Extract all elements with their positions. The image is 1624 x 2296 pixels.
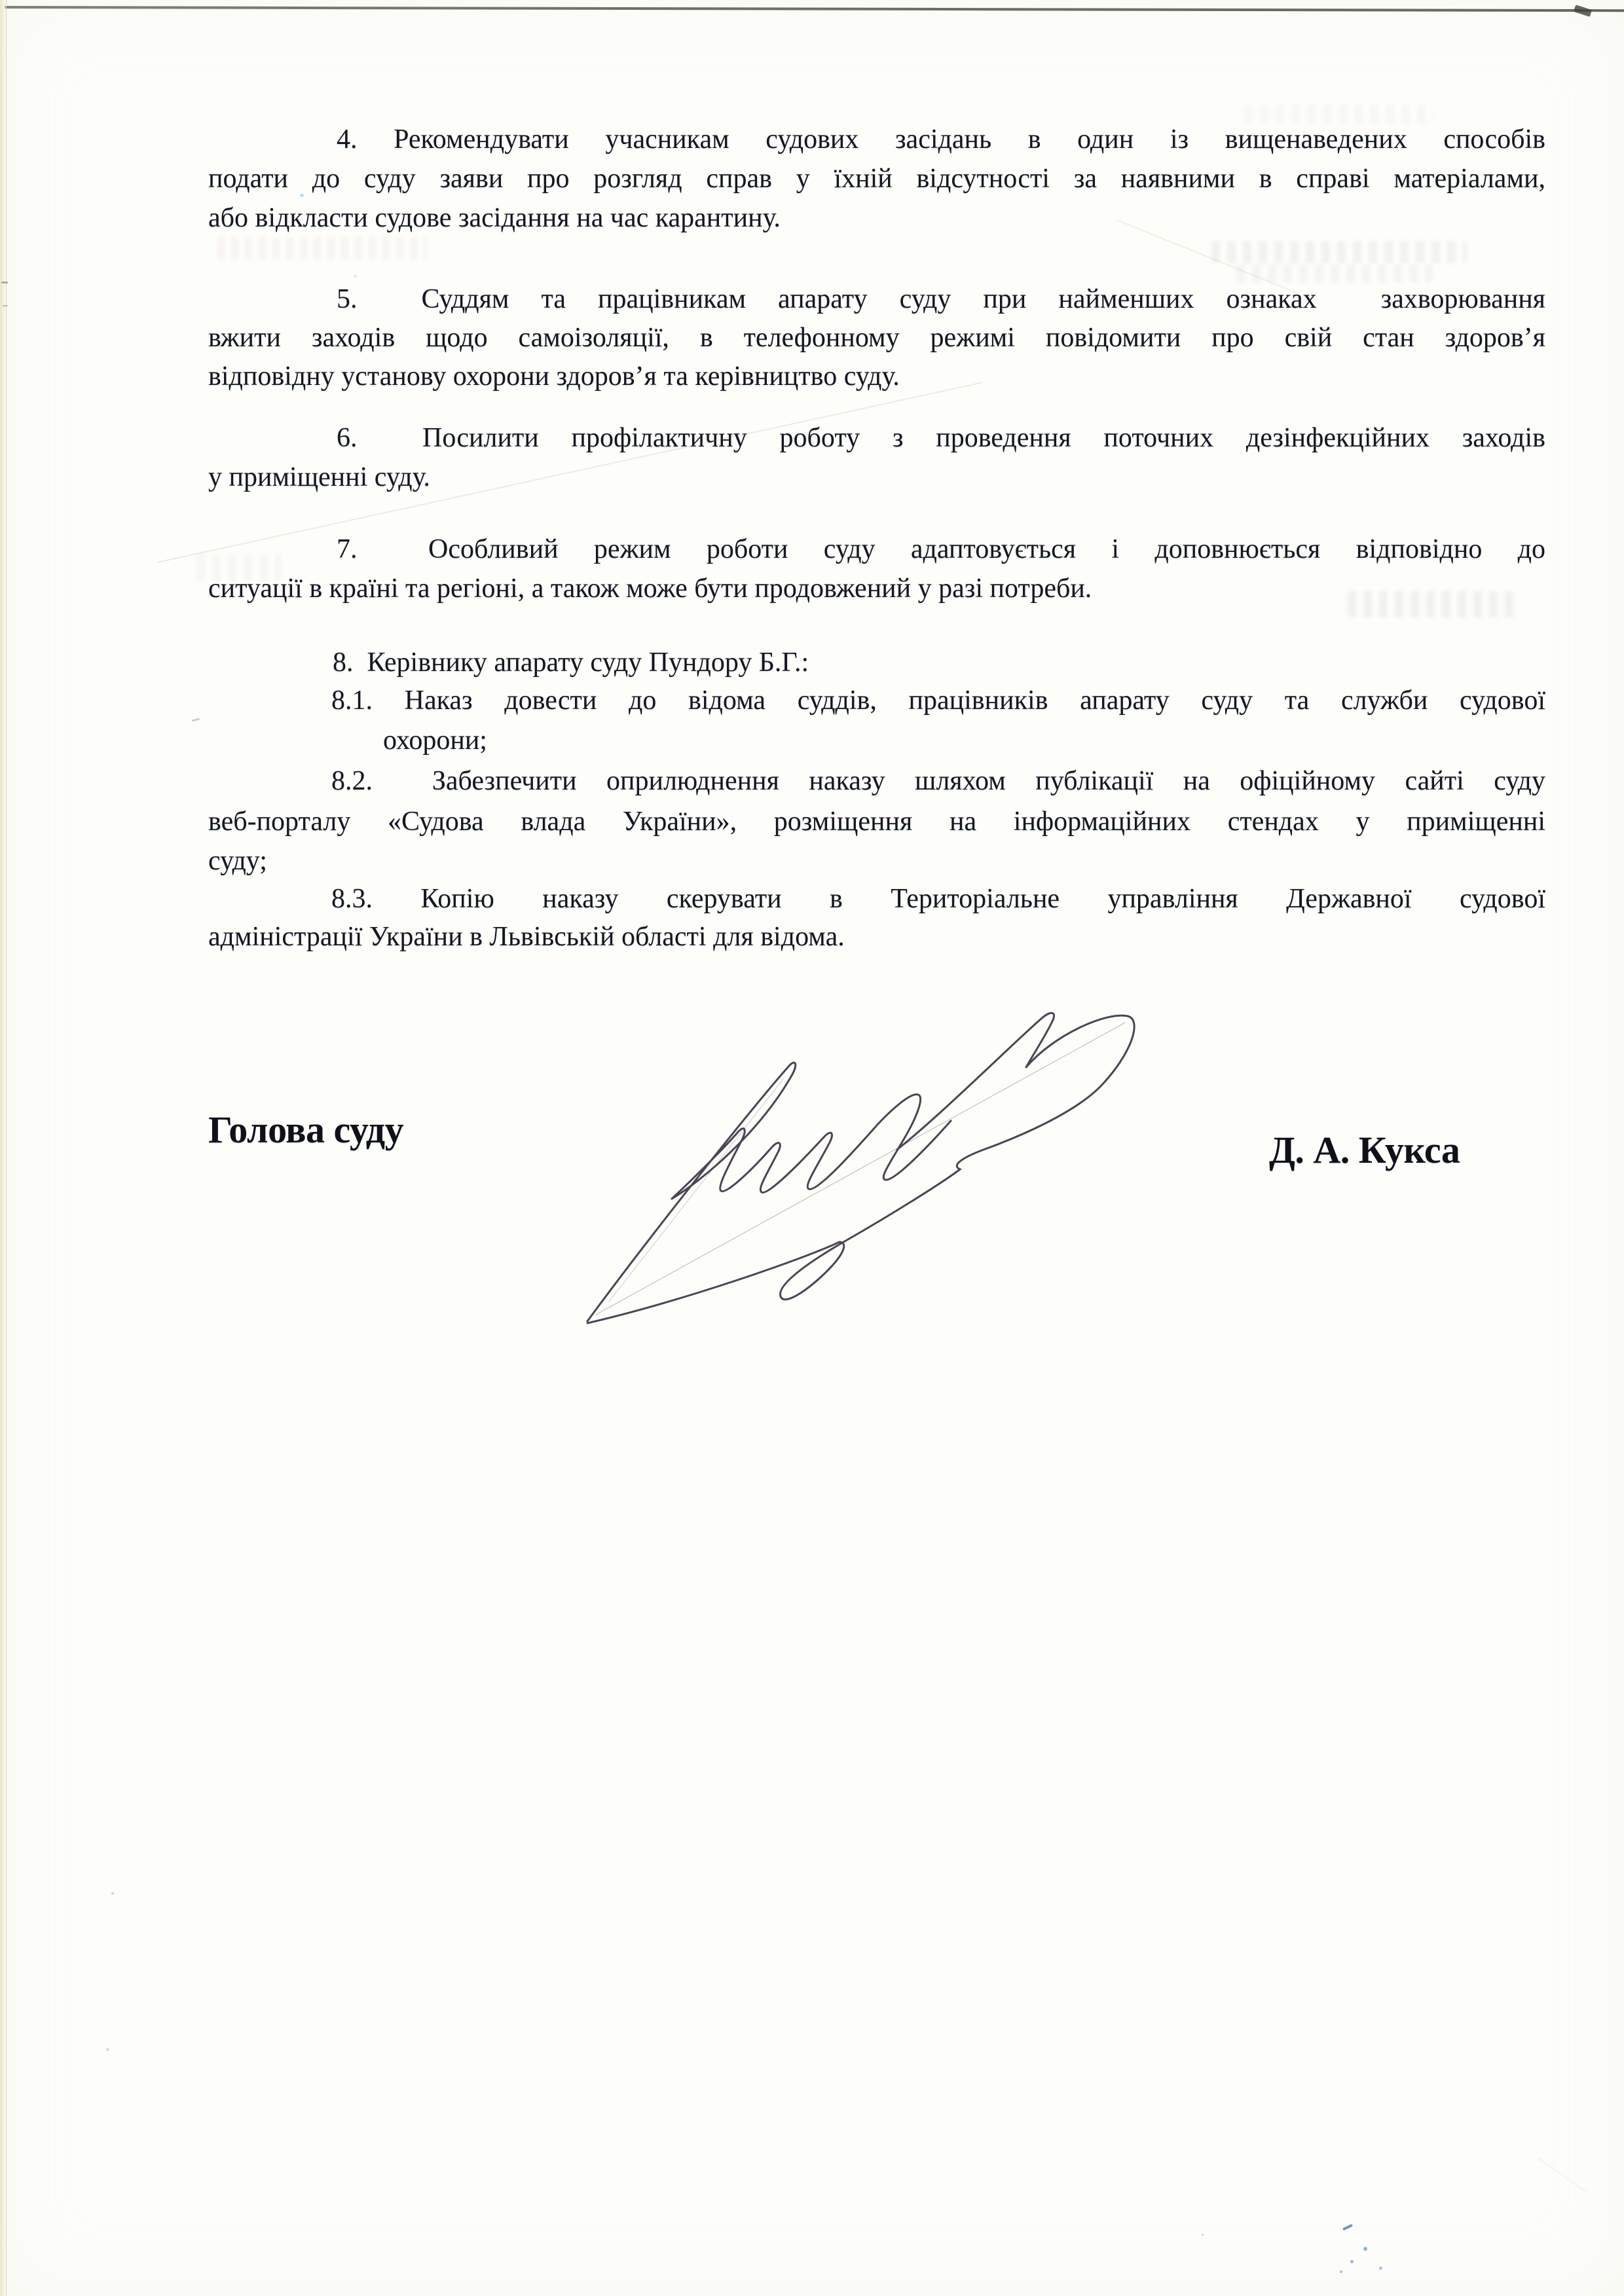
dust-speck	[1202, 2234, 1204, 2236]
bleed-through-artifact	[1211, 241, 1467, 263]
ink-speck	[300, 194, 304, 197]
ink-speck	[1350, 2260, 1354, 2263]
bleed-through-artifact	[196, 553, 282, 582]
signature-hairline	[609, 1079, 783, 1302]
ink-speck	[1379, 2267, 1382, 2270]
ink-speck	[354, 275, 357, 278]
dust-speck	[3, 305, 8, 306]
bleed-through-artifact	[217, 237, 427, 259]
signature-stroke	[897, 1013, 1054, 1150]
ink-speck	[1340, 2270, 1342, 2273]
dust-speck	[1, 282, 8, 283]
handwritten-signature	[0, 0, 1624, 2296]
ink-speck	[1363, 2247, 1367, 2251]
signature-stroke	[587, 1015, 1134, 1323]
dust-speck	[111, 1892, 114, 1895]
dust-speck	[106, 2048, 109, 2051]
bleed-through-artifact	[1244, 105, 1434, 124]
bleed-through-artifact	[1348, 591, 1519, 617]
signature-hairline	[596, 1023, 1125, 1315]
scanned-page: 4. Рекомендувати учасникам судових засід…	[0, 0, 1624, 2296]
signature-stroke	[672, 1129, 871, 1199]
